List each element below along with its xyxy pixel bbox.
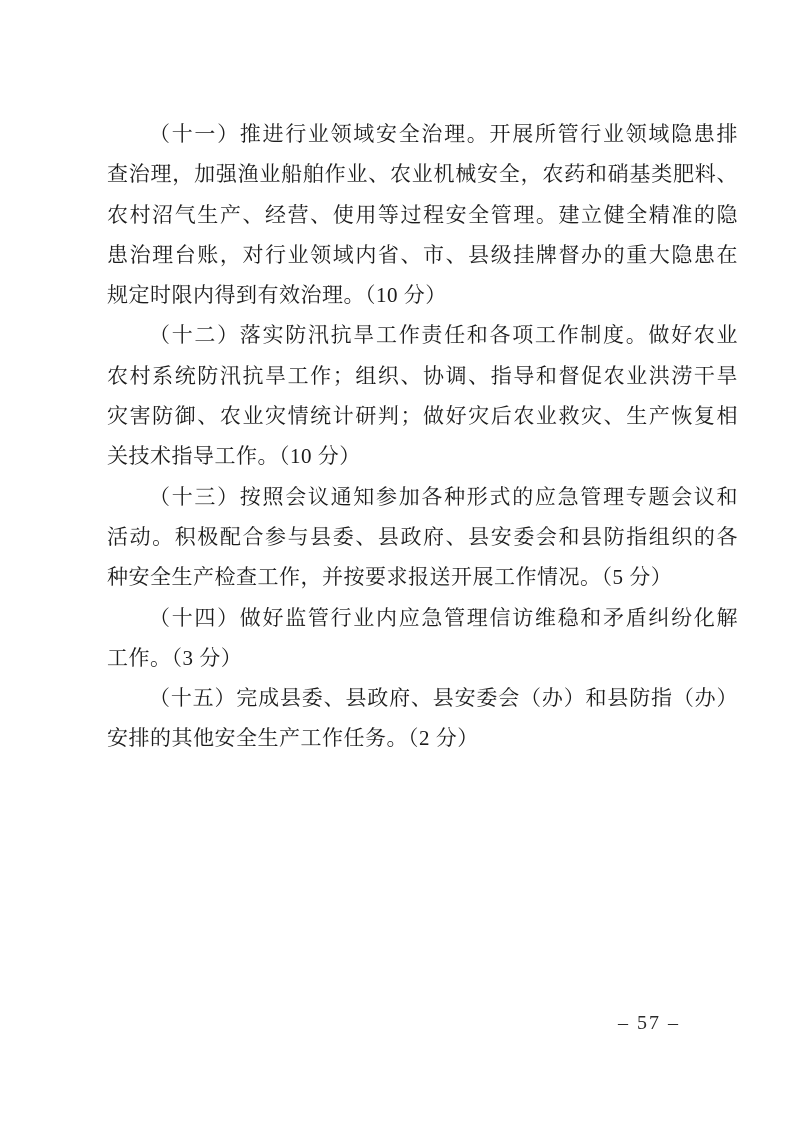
text-line: 关技术指导工作。（10 分）	[107, 436, 738, 476]
text-line: 活动。积极配合参与县委、县政府、县安委会和县防指组织的各	[107, 517, 738, 557]
document-page: （十一）推进行业领域安全治理。开展所管行业领域隐患排查治理，加强渔业船舶作业、农…	[0, 0, 793, 1122]
text-line: 查治理，加强渔业船舶作业、农业机械安全，农药和硝基类肥料、	[107, 154, 738, 194]
text-line: 患治理台账，对行业领域内省、市、县级挂牌督办的重大隐患在	[107, 235, 738, 275]
text-line: 灾害防御、农业灾情统计研判；做好灾后农业救灾、生产恢复相	[107, 396, 738, 436]
text-line: 工作。（3 分）	[107, 638, 738, 678]
text-line: 农村系统防汛抗旱工作；组织、协调、指导和督促农业洪涝干旱	[107, 356, 738, 396]
text-line: 农村沼气生产、经营、使用等过程安全管理。建立健全精准的隐	[107, 195, 738, 235]
page-number: – 57 –	[618, 1012, 680, 1035]
paragraph: （十一）推进行业领域安全治理。开展所管行业领域隐患排查治理，加强渔业船舶作业、农…	[107, 114, 738, 315]
text-line: （十一）推进行业领域安全治理。开展所管行业领域隐患排	[107, 114, 738, 154]
paragraph: （十二）落实防汛抗旱工作责任和各项工作制度。做好农业农村系统防汛抗旱工作；组织、…	[107, 315, 738, 476]
text-line: 安排的其他安全生产工作任务。（2 分）	[107, 718, 738, 758]
paragraph: （十五）完成县委、县政府、县安委会（办）和县防指（办）安排的其他安全生产工作任务…	[107, 678, 738, 759]
text-line: （十四）做好监管行业内应急管理信访维稳和矛盾纠纷化解	[107, 598, 738, 638]
document-body: （十一）推进行业领域安全治理。开展所管行业领域隐患排查治理，加强渔业船舶作业、农…	[107, 114, 738, 759]
paragraph: （十三）按照会议通知参加各种形式的应急管理专题会议和活动。积极配合参与县委、县政…	[107, 477, 738, 598]
text-line: （十三）按照会议通知参加各种形式的应急管理专题会议和	[107, 477, 738, 517]
text-line: （十二）落实防汛抗旱工作责任和各项工作制度。做好农业	[107, 315, 738, 355]
text-line: 种安全生产检查工作，并按要求报送开展工作情况。（5 分）	[107, 557, 738, 597]
paragraph: （十四）做好监管行业内应急管理信访维稳和矛盾纠纷化解工作。（3 分）	[107, 598, 738, 679]
text-line: 规定时限内得到有效治理。（10 分）	[107, 275, 738, 315]
text-line: （十五）完成县委、县政府、县安委会（办）和县防指（办）	[107, 678, 738, 718]
